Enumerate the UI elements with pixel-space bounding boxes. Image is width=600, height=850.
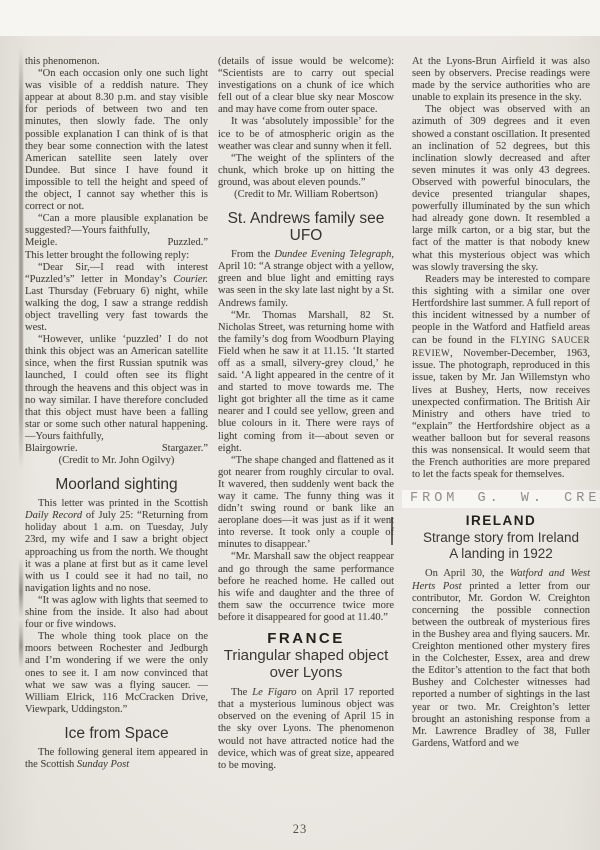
column-middle: (details of issue would be welcome): “Sc…: [218, 56, 394, 772]
heading-ice-from-space: Ice from Space: [25, 725, 208, 742]
paragraph: The Le Figaro on April 17 reported that …: [218, 687, 394, 772]
paragraph: “The shape changed and flattened as it g…: [218, 455, 394, 552]
paragraph: It was ‘absolutely impossible’ for the i…: [218, 116, 394, 152]
letter-signature-line: Blairgowrie. Stargazer.”: [25, 443, 208, 455]
paragraph: The whole thing took place on the moors …: [25, 631, 208, 716]
signature-place: Meigle.: [25, 237, 57, 249]
credit-line: (Credit to Mr. John Ogilvy): [25, 455, 208, 467]
paragraph: On April 30, the Watford and West Herts …: [412, 568, 590, 749]
three-column-text: this phenomenon. “On each occasion only …: [25, 56, 590, 772]
paragraph-continuation: this phenomenon.: [25, 56, 208, 68]
paragraph: Readers may be interested to compare thi…: [412, 274, 590, 482]
heading-strange-story-ireland: Strange story from Ireland: [412, 530, 590, 546]
paragraph: “Dear Sir,—I read with interest “Puzzled…: [25, 262, 208, 335]
column-left: this phenomenon. “On each occasion only …: [25, 56, 208, 772]
paragraph-continuation: At the Lyons-Brun Airfield it was also s…: [412, 56, 590, 104]
typewritten-attribution-strip: FROM G. W. CREIGHTON: [402, 490, 600, 508]
page-number: 23: [0, 822, 600, 837]
paragraph-continuation: (details of issue would be welcome): “Sc…: [218, 56, 394, 116]
page-background: this phenomenon. “On each occasion only …: [0, 36, 600, 850]
credit-line: (Credit to Mr. William Robertson): [218, 189, 394, 201]
signature-name: Puzzled.”: [167, 237, 208, 249]
heading-triangular-object-lyons: Triangular shaped object over Lyons: [218, 647, 394, 681]
paragraph: “However, unlike ‘puzzled’ I do not thin…: [25, 334, 208, 443]
paragraph: “Can a more plausible explanation be sug…: [25, 213, 208, 237]
paragraph: The following general item appeared in t…: [25, 747, 208, 771]
column-right: At the Lyons-Brun Airfield it was also s…: [412, 56, 590, 772]
paragraph: “Mr. Marshall saw the object reappear an…: [218, 551, 394, 624]
scanned-magazine-page: this phenomenon. “On each occasion only …: [0, 0, 600, 850]
paragraph: “On each occasion only one such light wa…: [25, 68, 208, 213]
signature-name: Stargazer.”: [162, 443, 208, 455]
paragraph: “The weight of the splinters of the chun…: [218, 153, 394, 189]
heading-st-andrews-ufo: St. Andrews family see UFO: [218, 210, 394, 244]
paragraph: From the Dundee Evening Telegraph, April…: [218, 249, 394, 309]
scan-edge-shadow: [19, 48, 23, 468]
heading-landing-1922: A landing in 1922: [412, 546, 590, 562]
heading-ireland: IRELAND: [412, 515, 590, 527]
scan-edge-shadow: [19, 558, 23, 668]
signature-place: Blairgowrie.: [25, 443, 78, 455]
paragraph: “Mr. Thomas Marshall, 82 St. Nicholas St…: [218, 310, 394, 455]
paragraph: This letter was printed in the Scottish …: [25, 498, 208, 595]
heading-moorland-sighting: Moorland sighting: [25, 476, 208, 493]
heading-france: FRANCE: [218, 633, 394, 645]
paragraph: The object was observed with an azimuth …: [412, 104, 590, 273]
paragraph: This letter brought the following reply:: [25, 250, 208, 262]
paragraph: “It was aglow with lights that seemed to…: [25, 595, 208, 631]
letter-signature-line: Meigle. Puzzled.”: [25, 237, 208, 249]
